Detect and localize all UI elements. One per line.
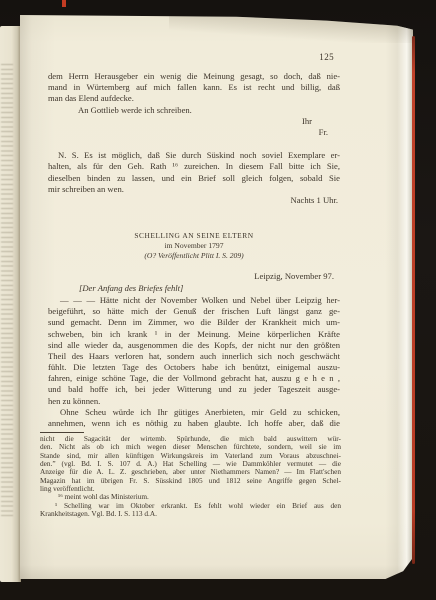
red-page-fore-edge bbox=[412, 36, 415, 564]
red-edge-mark bbox=[62, 0, 66, 7]
letter-heading-source: (O? Veröffentlicht Plitt I. S. 209) bbox=[48, 251, 340, 262]
footnote-separator-rule bbox=[40, 432, 84, 433]
letter-paragraph-2: Ohne Scheu würde ich Ihr gütiges Anerbie… bbox=[48, 407, 340, 429]
previous-letter-closing-paragraph: dem Herrn Herausgeber ein wenig die Mein… bbox=[48, 71, 340, 105]
postscript-paragraph: N. S. Es ist möglich, daß Sie durch Süsk… bbox=[48, 150, 340, 195]
letter-place-date: Leipzig, November 97. bbox=[48, 271, 340, 282]
time-line: Nachts 1 Uhr. bbox=[48, 195, 340, 206]
page-content: 125 dem Herrn Herausgeber ein wenig die … bbox=[48, 15, 340, 518]
letter-heading-title: SCHELLING AN SEINE ELTERN bbox=[48, 231, 340, 241]
signoff-fr: Fr. bbox=[48, 127, 340, 138]
adjacent-page-edge bbox=[0, 26, 21, 582]
footnote-16: ¹⁶ meint wohl das Ministerium. bbox=[40, 493, 359, 501]
letter-heading: SCHELLING AN SEINE ELTERN im November 17… bbox=[48, 231, 340, 262]
book-scan-photo: 125 dem Herrn Herausgeber ein wenig die … bbox=[0, 0, 436, 600]
letter-heading-date: im November 1797 bbox=[48, 241, 340, 251]
gottlieb-line: An Gottlieb werde ich schreiben. bbox=[48, 105, 340, 116]
adjacent-page-faint-text bbox=[1, 64, 13, 516]
page-number: 125 bbox=[48, 52, 340, 62]
signoff-ihr: Ihr bbox=[48, 116, 340, 127]
footnote-1: ¹ Schelling war im Oktober erkrankt. Es … bbox=[40, 502, 341, 519]
footnote-continuation: nicht die Sagacität der wirtemb. Spürhun… bbox=[40, 435, 341, 493]
letter-paragraph-1: — — — Hätte nicht der November Wolken un… bbox=[48, 295, 340, 407]
missing-beginning-note: [Der Anfang des Briefes fehlt] bbox=[48, 283, 340, 294]
book-page: 125 dem Herrn Herausgeber ein wenig die … bbox=[20, 15, 413, 579]
